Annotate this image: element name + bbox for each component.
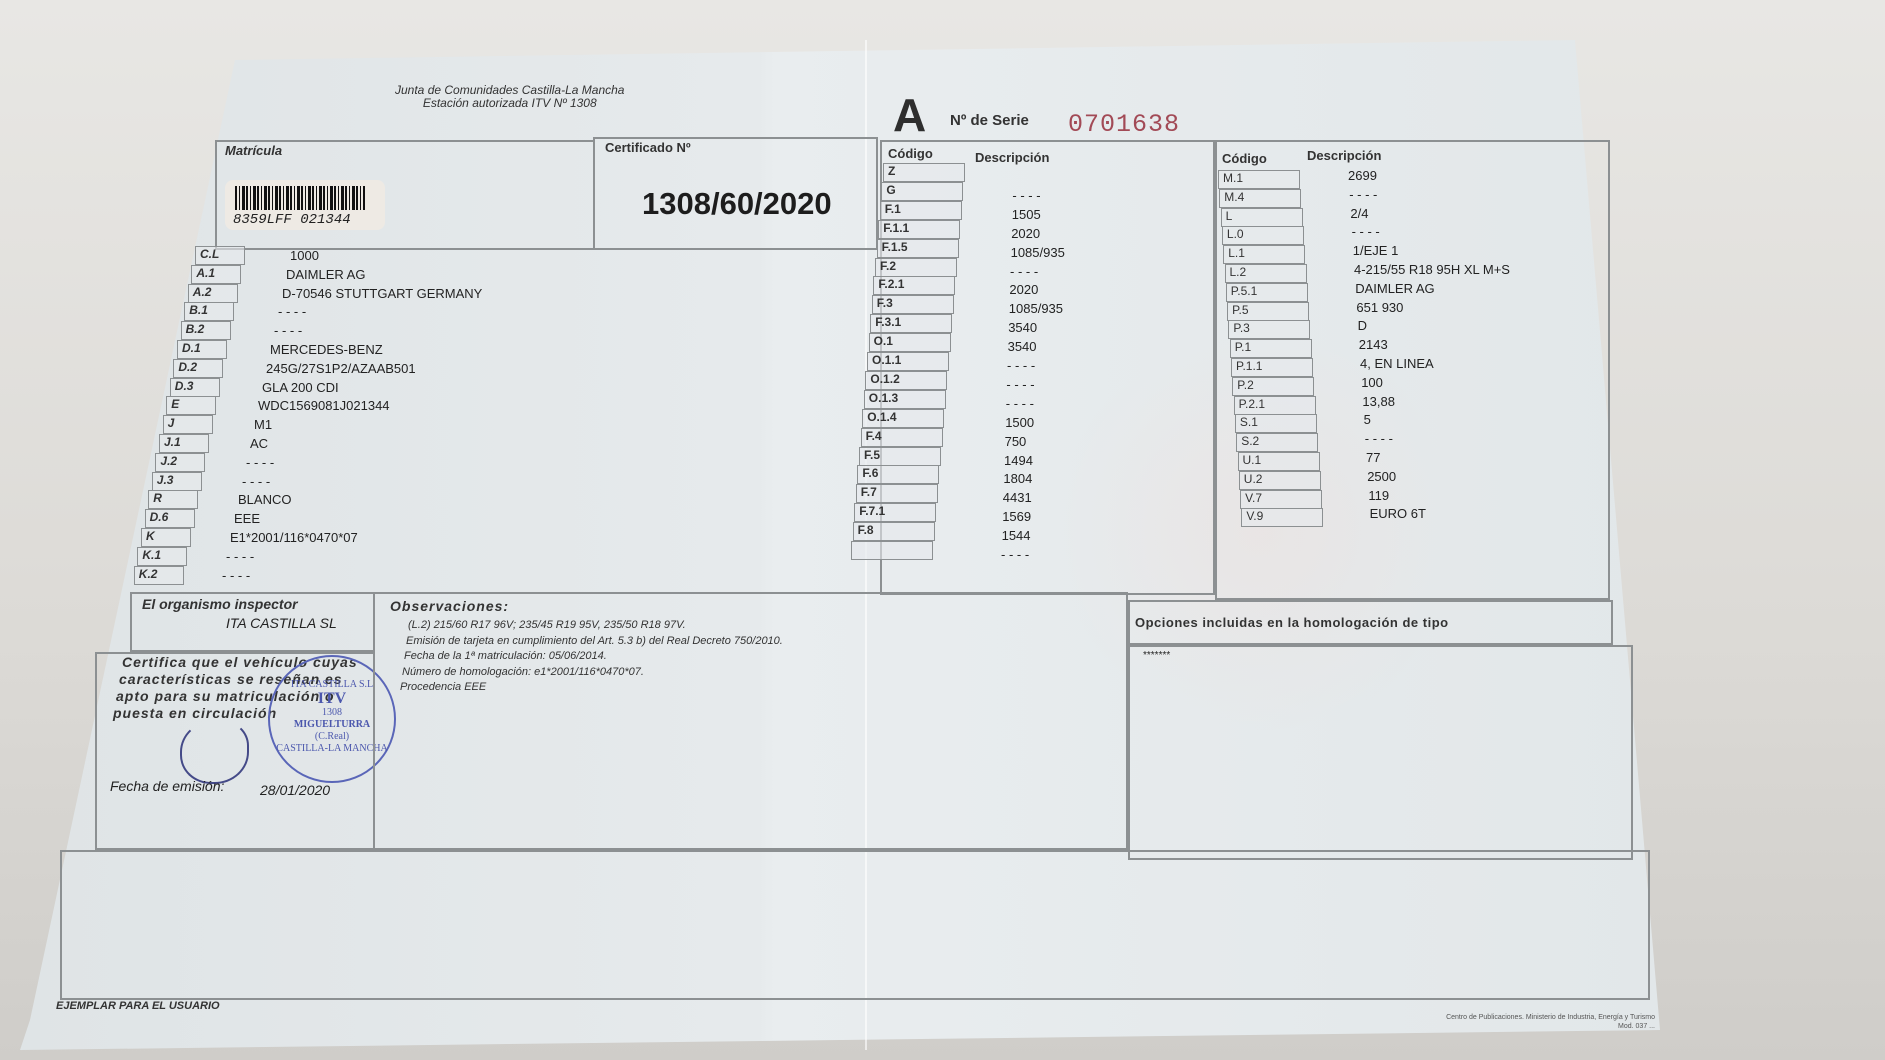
code-cell: M.4 [1219,189,1301,208]
desc-value: 3540 [1008,339,1037,354]
code-cell: F.4 [861,428,943,447]
desc-value: 2143 [1359,337,1388,352]
publisher-line-1: Centro de Publicaciones. Ministerio de I… [1400,1013,1655,1022]
observation-line: Número de homologación: e1*2001/116*0470… [402,666,644,678]
code-cell: F.3.1 [870,314,952,333]
field-code: K.2 [134,566,184,585]
field-code: E [166,396,216,415]
signature [180,720,249,784]
code-cell: O.1 [869,333,951,352]
code-cell: U.1 [1238,452,1320,471]
code-cell: O.1.1 [867,352,949,371]
code-cell: O.1.2 [865,371,947,390]
field-value: MERCEDES-BENZ [270,342,383,357]
desc-value: - - - - [1007,358,1035,373]
code-cell: F.5 [859,447,941,466]
code-cell: M.1 [1218,170,1300,189]
code-cell: F.7 [856,484,938,503]
desc-value: 1500 [1005,415,1034,430]
code-cell: F.7.1 [854,503,936,522]
desc-value: 4431 [1003,490,1032,505]
desc-value: 651 930 [1356,300,1403,315]
right-code-header: Código [1222,151,1267,166]
code-cell: L [1221,208,1303,227]
desc-value: 2020 [1009,282,1038,297]
desc-value: 100 [1361,375,1383,390]
options-label: Opciones incluidas en la homologación de… [1135,615,1449,630]
code-cell: G [881,182,963,201]
desc-value: - - - - [1352,224,1380,239]
middle-desc-header: Descripción [975,150,1049,165]
desc-value: - - - - [1012,188,1040,203]
desc-value: 2699 [1348,168,1377,183]
code-cell: F.1 [880,201,962,220]
field-code: D.2 [173,359,223,378]
field-value: 245G/27S1P2/AZAAB501 [266,361,416,376]
barcode-text: 8359LFF 021344 [233,212,351,228]
desc-value: - - - - [1006,377,1034,392]
desc-value: - - - - [1365,431,1393,446]
copy-label: EJEMPLAR PARA EL USUARIO [56,1000,220,1012]
desc-value: 1085/935 [1009,301,1063,316]
field-value: GLA 200 CDI [262,380,339,395]
desc-value: 5 [1364,412,1371,427]
series-letter: A [893,88,926,142]
field-value: - - - - [226,549,254,564]
field-value: DAIMLER AG [286,267,365,282]
desc-value: DAIMLER AG [1355,281,1434,296]
middle-code-header: Código [888,146,933,161]
desc-value: 4, EN LINEA [1360,356,1434,371]
field-code: J [163,415,213,434]
field-value: WDC1569081J021344 [258,398,390,413]
desc-value: - - - - [1010,264,1038,279]
barcode-icon [235,186,365,210]
code-cell: V.7 [1240,490,1322,509]
field-code: K.1 [137,547,187,566]
right-desc-header: Descripción [1307,148,1381,163]
field-value: - - - - [222,568,250,583]
code-cell: L.1 [1223,245,1305,264]
observation-line: (L.2) 215/60 R17 96V; 235/45 R19 95V, 23… [408,619,686,631]
desc-value: 1569 [1002,509,1031,524]
field-code: C.L [195,246,245,265]
desc-value: 3540 [1008,320,1037,335]
emission-date: 28/01/2020 [260,782,330,798]
field-value: - - - - [274,323,302,338]
desc-value: 2500 [1367,469,1396,484]
desc-value: 77 [1366,450,1380,465]
code-cell: F.2 [875,258,957,277]
code-cell: F.1.5 [877,239,959,258]
code-cell: P.1 [1230,339,1312,358]
desc-value: 1/EJE 1 [1353,243,1399,258]
desc-value: 1085/935 [1011,245,1065,260]
code-cell: U.2 [1239,471,1321,490]
field-code: D.3 [170,378,220,397]
observation-line: Procedencia EEE [400,681,486,693]
field-value: 1000 [290,248,319,263]
code-cell: F.6 [857,465,939,484]
code-cell: Z [883,163,965,182]
field-value: BLANCO [238,492,291,507]
field-value: AC [250,436,268,451]
desc-value: 4-215/55 R18 95H XL M+S [1354,262,1510,277]
code-cell: O.1.4 [862,409,944,428]
observation-line: Emisión de tarjeta en cumplimiento del A… [406,635,783,647]
field-code: K [141,528,191,547]
publisher-info: Centro de Publicaciones. Ministerio de I… [1400,1013,1655,1031]
code-cell: S.2 [1236,433,1318,452]
matricula-label: Matrícula [225,143,282,158]
field-value: - - - - [278,304,306,319]
code-cell: F.3 [872,295,954,314]
field-code: D.6 [145,509,195,528]
field-code: J.3 [152,472,202,491]
emission-date-label: Fecha de emisión: [110,778,224,794]
inspector-name: ITA CASTILLA SL [226,615,337,631]
field-code: J.1 [159,434,209,453]
observations-label: Observaciones: [390,598,509,614]
desc-value: EURO 6T [1370,506,1426,521]
desc-value: 13,88 [1362,394,1395,409]
desc-value: - - - - [1001,547,1029,562]
code-cell: O.1.3 [864,390,946,409]
desc-value: 2020 [1011,226,1040,241]
desc-value: 1544 [1002,528,1031,543]
certificado-label: Certificado Nº [605,140,691,155]
code-cell: P.5 [1227,302,1309,321]
certificate-number: 1308/60/2020 [642,186,832,222]
field-code: J.2 [155,453,205,472]
field-code: B.1 [184,302,234,321]
code-cell: F.2.1 [873,276,955,295]
desc-value: 1505 [1012,207,1041,222]
field-code: D.1 [177,340,227,359]
series-number: 0701638 [1068,110,1180,139]
code-cell: P.2 [1232,377,1314,396]
field-value: EEE [234,511,260,526]
desc-value: - - - - [1349,187,1377,202]
publisher-line-2: Mod. 037 ... [1400,1022,1655,1031]
desc-value: D [1358,318,1367,333]
issuer-header: Junta de Comunidades Castilla-La Mancha … [395,84,624,110]
field-code: A.2 [188,284,238,303]
barcode-sticker: 8359LFF 021344 [225,180,385,230]
bottom-box [60,850,1650,1000]
code-cell: L.0 [1222,226,1304,245]
desc-value: 1804 [1003,471,1032,486]
code-cell: F.1.1 [878,220,960,239]
code-cell: P.5.1 [1226,283,1308,302]
code-cell [851,541,933,560]
observation-line: Fecha de la 1ª matriculación: 05/06/2014… [404,650,607,662]
field-value: E1*2001/116*0470*07 [230,530,358,545]
issuer-line-2: Estación autorizada ITV Nº 1308 [395,97,624,110]
code-cell: L.2 [1225,264,1307,283]
series-label: Nº de Serie [950,112,1029,129]
desc-value: 2/4 [1350,206,1368,221]
inspector-label: El organismo inspector [142,596,298,612]
field-code: R [148,490,198,509]
code-cell: V.9 [1241,508,1323,527]
field-value: - - - - [242,474,270,489]
desc-value: 750 [1005,434,1027,449]
options-value: ******* [1143,650,1170,661]
desc-value: 1494 [1004,453,1033,468]
desc-value: - - - - [1006,396,1034,411]
code-cell: P.3 [1228,320,1310,339]
field-code: A.1 [191,265,241,284]
field-value: M1 [254,417,272,432]
code-cell: F.8 [853,522,935,541]
field-value: D-70546 STUTTGART GERMANY [282,286,482,301]
code-cell: P.2.1 [1234,396,1316,415]
field-code: B.2 [181,321,231,340]
options-box [1128,645,1633,860]
field-value: - - - - [246,455,274,470]
code-cell: P.1.1 [1231,358,1313,377]
desc-value: 119 [1368,488,1389,503]
code-cell: S.1 [1235,414,1317,433]
